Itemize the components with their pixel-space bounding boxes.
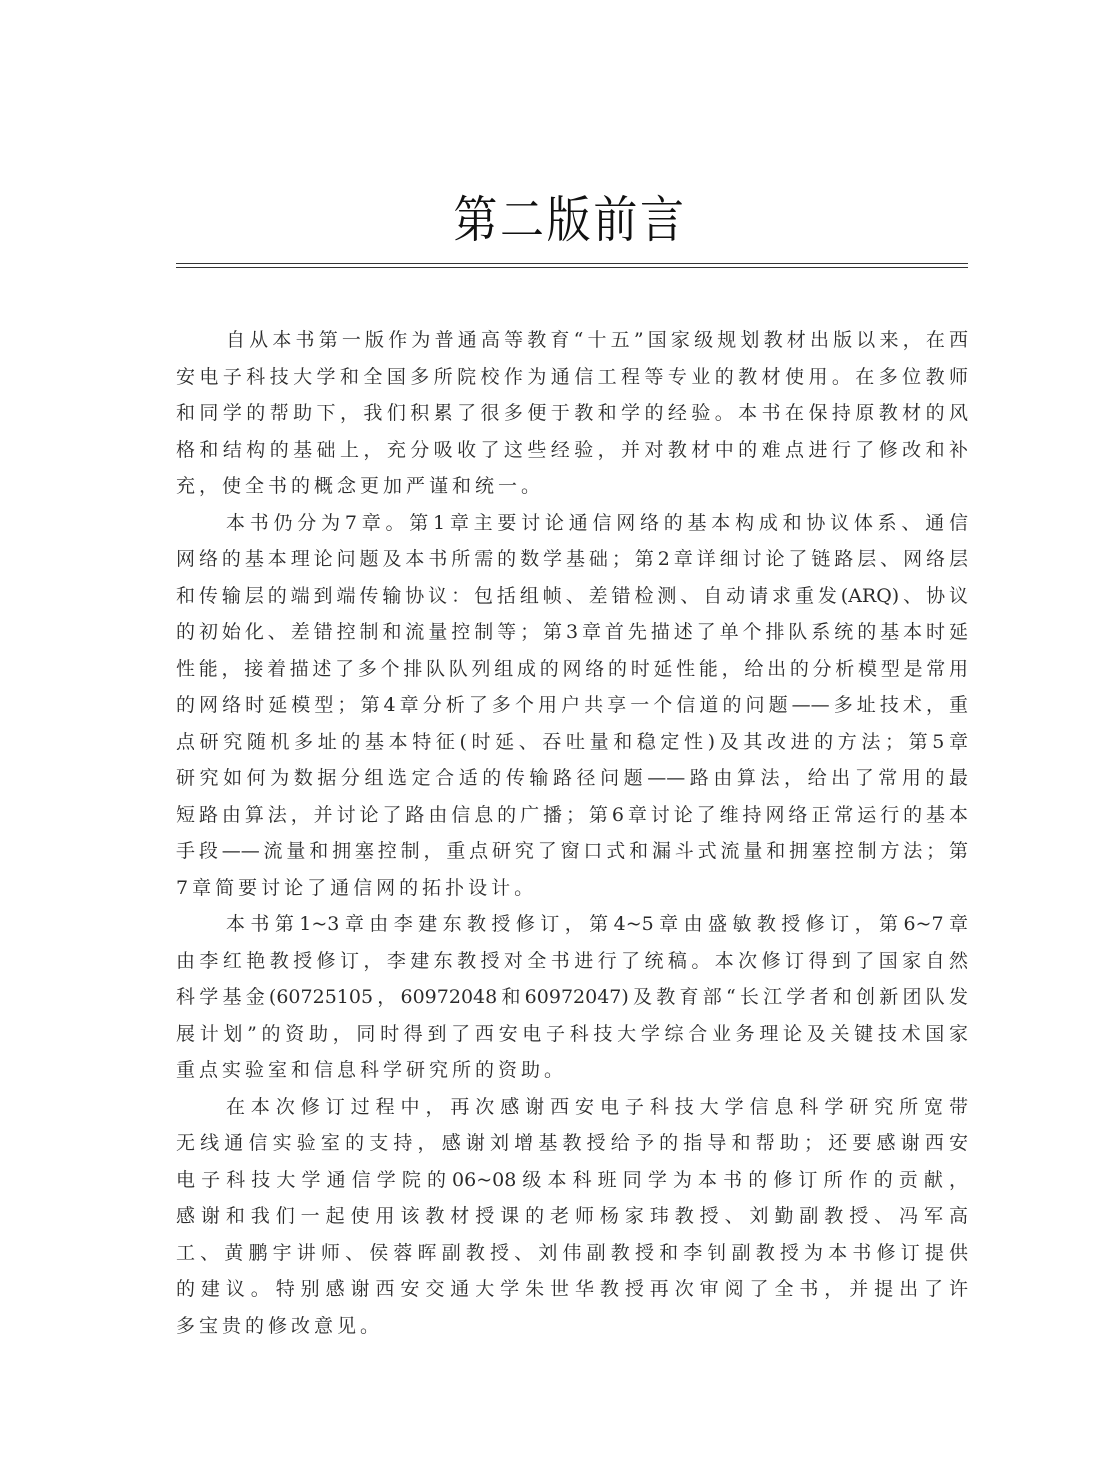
paragraph-2: 本书仍分为7章。第1章主要讨论通信网络的基本构成和协议体系、通信 网络的基本理论… — [176, 505, 968, 907]
paragraph-4: 在本次修订过程中，再次感谢西安电子科技大学信息科学研究所宽带 无线通信实验室的支… — [176, 1089, 968, 1345]
document-body: 自从本书第一版作为普通高等教育“十五”国家级规划教材出版以来，在西 安电子科技大… — [176, 322, 968, 1344]
text-line: 安电子科技大学和全国多所院校作为通信工程等专业的教材使用。在多位教师 — [176, 359, 968, 396]
text-line: 和同学的帮助下，我们积累了很多便于教和学的经验。本书在保持原教材的风 — [176, 395, 968, 432]
text-line: 本书第1~3章由李建东教授修订，第4~5章由盛敏教授修订，第6~7章 — [176, 906, 968, 943]
text-line: 本书仍分为7章。第1章主要讨论通信网络的基本构成和协议体系、通信 — [176, 505, 968, 542]
document-page: 第二版前言 自从本书第一版作为普通高等教育“十五”国家级规划教材出版以来，在西 … — [0, 0, 1108, 1474]
text-line: 的建议。特别感谢西安交通大学朱世华教授再次审阅了全书，并提出了许 — [176, 1271, 968, 1308]
text-line: 点研究随机多址的基本特征(时延、吞吐量和稳定性)及其改进的方法；第5章 — [176, 724, 968, 761]
text-line: 电子科技大学通信学院的06~08级本科班同学为本书的修订所作的贡献， — [176, 1162, 968, 1199]
paragraph-3: 本书第1~3章由李建东教授修订，第4~5章由盛敏教授修订，第6~7章 由李红艳教… — [176, 906, 968, 1089]
paragraph-1: 自从本书第一版作为普通高等教育“十五”国家级规划教材出版以来，在西 安电子科技大… — [176, 322, 968, 505]
text-line: 工、黄鹏宇讲师、侯蓉晖副教授、刘伟副教授和李钊副教授为本书修订提供 — [176, 1235, 968, 1272]
text-line: 自从本书第一版作为普通高等教育“十五”国家级规划教材出版以来，在西 — [176, 322, 968, 359]
text-line: 充，使全书的概念更加严谨和统一。 — [176, 468, 968, 505]
text-line: 展计划”的资助，同时得到了西安电子科技大学综合业务理论及关键技术国家 — [176, 1016, 968, 1053]
text-line: 科学基金(60725105，60972048和60972047)及教育部“长江学… — [176, 979, 968, 1016]
text-line: 网络的基本理论问题及本书所需的数学基础；第2章详细讨论了链路层、网络层 — [176, 541, 968, 578]
text-line: 7章简要讨论了通信网的拓扑设计。 — [176, 870, 968, 907]
text-line: 研究如何为数据分组选定合适的传输路径问题——路由算法，给出了常用的最 — [176, 760, 968, 797]
text-line: 无线通信实验室的支持，感谢刘增基教授给予的指导和帮助；还要感谢西安 — [176, 1125, 968, 1162]
text-line: 格和结构的基础上，充分吸收了这些经验，并对教材中的难点进行了修改和补 — [176, 432, 968, 469]
text-line: 多宝贵的修改意见。 — [176, 1308, 968, 1345]
text-line: 的网络时延模型；第4章分析了多个用户共享一个信道的问题——多址技术，重 — [176, 687, 968, 724]
text-line: 和传输层的端到端传输协议：包括组帧、差错检测、自动请求重发(ARQ)、协议 — [176, 578, 968, 615]
text-line: 重点实验室和信息科学研究所的资助。 — [176, 1052, 968, 1089]
text-line: 感谢和我们一起使用该教材授课的老师杨家玮教授、刘勤副教授、冯军高 — [176, 1198, 968, 1235]
title-divider-bottom — [176, 267, 968, 268]
text-line: 由李红艳教授修订，李建东教授对全书进行了统稿。本次修订得到了国家自然 — [176, 943, 968, 980]
title-divider-top — [176, 263, 968, 264]
page-title: 第二版前言 — [68, 188, 1071, 252]
text-line: 的初始化、差错控制和流量控制等；第3章首先描述了单个排队系统的基本时延 — [176, 614, 968, 651]
text-line: 在本次修订过程中，再次感谢西安电子科技大学信息科学研究所宽带 — [176, 1089, 968, 1126]
text-line: 性能，接着描述了多个排队队列组成的网络的时延性能，给出的分析模型是常用 — [176, 651, 968, 688]
text-line: 手段——流量和拥塞控制，重点研究了窗口式和漏斗式流量和拥塞控制方法；第 — [176, 833, 968, 870]
text-line: 短路由算法，并讨论了路由信息的广播；第6章讨论了维持网络正常运行的基本 — [176, 797, 968, 834]
